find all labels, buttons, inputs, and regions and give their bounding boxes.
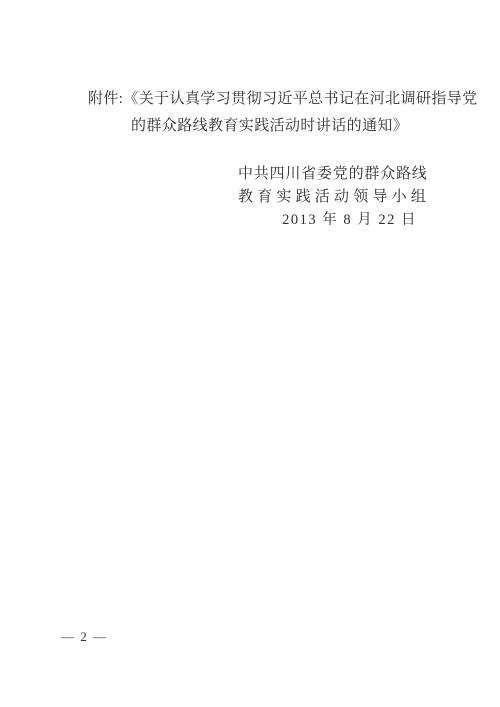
signature-date: 2013 年 8 月 22 日 xyxy=(282,212,417,229)
signature-organization-line-1: 中共四川省委党的群众路线 xyxy=(238,166,426,183)
signature-organization-line-2: 教育实践活动领导小组 xyxy=(238,189,426,206)
document-page: 附件:《关于认真学习贯彻习近平总书记在河北调研指导党 的群众路线教育实践活动时讲… xyxy=(0,0,500,707)
attachment-reference-line-2: 的群众路线教育实践活动时讲话的通知》 xyxy=(131,118,408,135)
page-number: — 2 — xyxy=(61,629,108,644)
attachment-reference-line-1: 附件:《关于认真学习贯彻习近平总书记在河北调研指导党 xyxy=(88,91,478,108)
